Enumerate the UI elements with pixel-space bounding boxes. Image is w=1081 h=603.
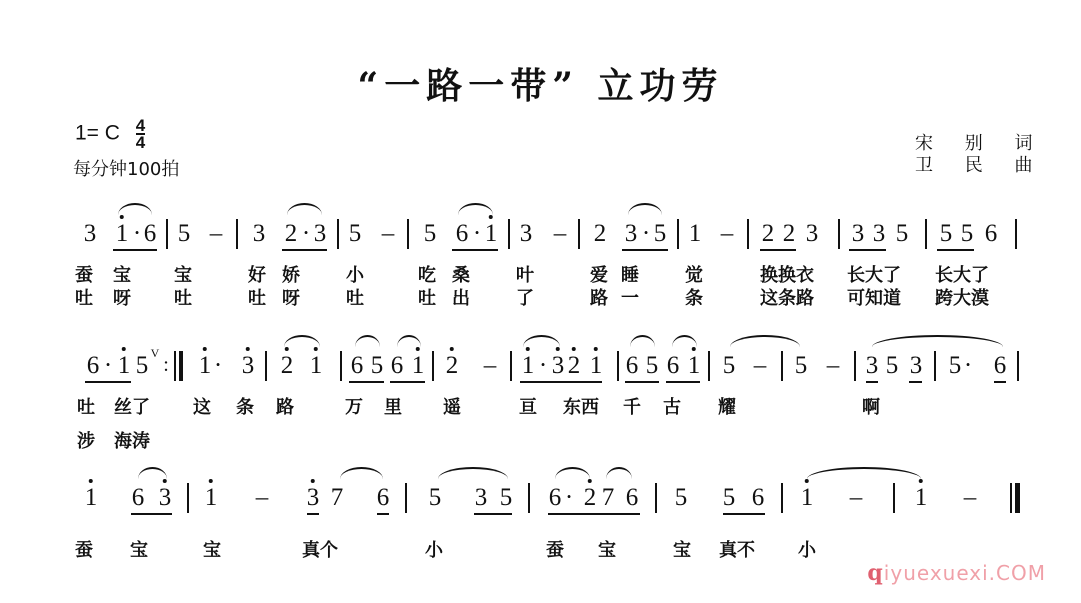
slur-arc — [458, 203, 493, 215]
lyric-verse-1: 真不 — [719, 536, 755, 562]
barline — [838, 219, 840, 249]
lyric-verse-2: 吐 — [346, 284, 364, 310]
lyric-verse-1: 宝 — [598, 536, 616, 562]
barline — [265, 351, 267, 381]
eighth-underline — [625, 381, 659, 383]
note: 1 — [688, 353, 701, 378]
note: 5 — [424, 221, 437, 246]
lyric-verse-1: 路 — [276, 393, 294, 419]
note: 6 — [752, 485, 765, 510]
note: 2 — [281, 353, 294, 378]
slur-arc — [628, 203, 662, 215]
note: 5 — [795, 353, 808, 378]
time-signature-bottom: 4 — [136, 135, 145, 150]
lyric-verse-2: 一 — [621, 284, 639, 310]
eighth-underline — [282, 249, 327, 251]
repeat-dots-icon: : — [163, 353, 169, 378]
note: 3 — [852, 221, 865, 246]
note: · — [302, 221, 310, 246]
lyric-verse-1: 小 — [798, 536, 816, 562]
breath-mark-icon: V — [151, 341, 160, 366]
note: 1 — [205, 485, 218, 510]
note: 6 — [549, 485, 562, 510]
note: 1 — [485, 221, 498, 246]
lyric-verse-1: 万 — [345, 393, 363, 419]
octave-dot-icon — [556, 347, 560, 351]
eighth-underline — [600, 513, 640, 515]
eighth-underline — [113, 249, 157, 251]
slur-arc — [606, 467, 632, 479]
note: 6 — [994, 353, 1007, 378]
note: · — [214, 353, 222, 378]
lyric-verse-1: 蚕 — [75, 536, 93, 562]
note: 5 — [646, 353, 659, 378]
note: 2 — [446, 353, 459, 378]
octave-dot-icon — [489, 215, 493, 219]
barline — [528, 483, 530, 513]
note: · — [104, 353, 112, 378]
note: · — [473, 221, 481, 246]
slur-arc — [555, 467, 590, 479]
lyric-verse-2: 海涛 — [114, 427, 150, 453]
slur-arc — [138, 467, 167, 479]
eighth-underline — [909, 381, 922, 383]
barline — [617, 351, 619, 381]
slur-arc — [730, 335, 800, 347]
lyric-verse-1: 遥 — [443, 393, 461, 419]
note: 3 — [910, 353, 923, 378]
credits: 宋 别 词 卫 民 曲 — [915, 133, 1045, 177]
eighth-underline — [849, 249, 886, 251]
note: 6 — [626, 353, 639, 378]
eighth-underline — [349, 381, 384, 383]
barline — [781, 483, 783, 513]
note: 5 — [178, 221, 191, 246]
barline — [508, 219, 510, 249]
barline — [655, 483, 657, 513]
barline — [337, 219, 339, 249]
note: 1 — [915, 485, 928, 510]
note: 2 — [285, 221, 298, 246]
octave-dot-icon — [692, 347, 696, 351]
note: – — [382, 221, 395, 246]
eighth-underline — [622, 249, 668, 251]
barline — [893, 483, 895, 513]
lyric-verse-1: 这 — [193, 393, 211, 419]
eighth-underline — [994, 381, 1006, 383]
score-title: “一路一带” 立功劳 — [0, 58, 1081, 109]
slur-arc — [672, 335, 697, 347]
note: 3 — [314, 221, 327, 246]
eighth-underline — [307, 513, 319, 515]
note: 5 — [371, 353, 384, 378]
lyric-verse-1: 宝 — [203, 536, 221, 562]
note: 2 — [568, 353, 581, 378]
note: 6 — [985, 221, 998, 246]
lyric-verse-2: 吐 — [75, 284, 93, 310]
note: 1 — [85, 485, 98, 510]
eighth-underline — [131, 513, 172, 515]
lyric-verse-2: 路 — [590, 284, 608, 310]
lyric-verse-1: 宝 — [673, 536, 691, 562]
note: 2 — [762, 221, 775, 246]
final-barline — [1010, 483, 1012, 513]
note: 6 — [87, 353, 100, 378]
watermark-text: iyuexuexi.COM — [884, 561, 1046, 585]
octave-dot-icon — [89, 479, 93, 483]
note: · — [642, 221, 650, 246]
note: 1 — [590, 353, 603, 378]
barline — [747, 219, 749, 249]
lyric-verse-1: 啊 — [862, 393, 880, 419]
key-label: 1= C — [75, 122, 120, 145]
barline — [405, 483, 407, 513]
eighth-underline — [377, 513, 389, 515]
eighth-underline — [520, 381, 602, 383]
eighth-underline — [760, 249, 796, 251]
barline — [166, 219, 168, 249]
octave-dot-icon — [285, 347, 289, 351]
note: 6 — [351, 353, 364, 378]
note: – — [754, 353, 767, 378]
lyric-verse-1: 耀 — [718, 393, 736, 419]
octave-dot-icon — [163, 479, 167, 483]
repeat-barline-thick — [179, 351, 183, 381]
octave-dot-icon — [120, 215, 124, 219]
note: 6 — [456, 221, 469, 246]
note: 6 — [667, 353, 680, 378]
note: 3 — [84, 221, 97, 246]
lyric-verse-1: 亘 — [519, 393, 537, 419]
note: 1 — [689, 221, 702, 246]
note: 5 — [429, 485, 442, 510]
note: 5 — [723, 485, 736, 510]
note: – — [484, 353, 497, 378]
note: 1 — [522, 353, 535, 378]
slur-arc — [118, 203, 152, 215]
note: 3 — [520, 221, 533, 246]
note: 5 — [723, 353, 736, 378]
lyric-verse-2: 吐 — [174, 284, 192, 310]
lyric-verse-2: 吐 — [418, 284, 436, 310]
barline — [934, 351, 936, 381]
lyric-verse-1: 丝了 — [114, 393, 150, 419]
note: 3 — [475, 485, 488, 510]
lyric-verse-1: 吐 — [77, 393, 95, 419]
note: · — [539, 353, 547, 378]
note: 5 — [886, 353, 899, 378]
barline — [854, 351, 856, 381]
note: 1 — [199, 353, 212, 378]
barline — [510, 351, 512, 381]
lyric-verse-2: 呀 — [282, 284, 300, 310]
note: 1 — [310, 353, 323, 378]
score-row-2: 6·151·32165612–1·32165615–5–3535·6吐丝了这条路… — [0, 347, 1081, 467]
eighth-underline — [85, 381, 131, 383]
slur-arc — [807, 467, 921, 479]
note: – — [554, 221, 567, 246]
note: 1 — [118, 353, 131, 378]
note: 5 — [949, 353, 962, 378]
note: 3 — [873, 221, 886, 246]
octave-dot-icon — [588, 479, 592, 483]
time-signature: 4 4 — [136, 118, 145, 150]
note: – — [256, 485, 269, 510]
lyric-verse-1: 宝 — [130, 536, 148, 562]
barline — [578, 219, 580, 249]
barline — [708, 351, 710, 381]
score-row-1: 31·65–32·35–56·13–23·51–223335556蚕宝宝好娇小吃… — [0, 215, 1081, 335]
note: – — [850, 485, 863, 510]
slur-arc — [438, 467, 508, 479]
note: 3 — [625, 221, 638, 246]
note: 6 — [377, 485, 390, 510]
lyric-verse-1: 小 — [425, 536, 443, 562]
slur-arc — [284, 335, 320, 347]
lyric-verse-1: 古 — [663, 393, 681, 419]
note: 5 — [136, 353, 149, 378]
note: 3 — [242, 353, 255, 378]
octave-dot-icon — [450, 347, 454, 351]
barline — [925, 219, 927, 249]
key-signature: 1= C 4 4 — [75, 118, 145, 150]
lyric-verse-2: 呀 — [113, 284, 131, 310]
note: 6 — [132, 485, 145, 510]
note: · — [565, 485, 573, 510]
octave-dot-icon — [203, 347, 207, 351]
note: · — [964, 353, 972, 378]
lyric-verse-2: 了 — [516, 284, 534, 310]
note: 7 — [602, 485, 615, 510]
octave-dot-icon — [246, 347, 250, 351]
note: 5 — [500, 485, 513, 510]
barline — [1017, 351, 1019, 381]
note: 5 — [961, 221, 974, 246]
barline — [677, 219, 679, 249]
eighth-underline — [723, 513, 765, 515]
eighth-underline — [474, 513, 512, 515]
note: 6 — [626, 485, 639, 510]
barline — [236, 219, 238, 249]
note: 5 — [940, 221, 953, 246]
note: 5 — [654, 221, 667, 246]
note: 7 — [331, 485, 344, 510]
composer: 卫 民 曲 — [915, 155, 1045, 177]
note: 6 — [144, 221, 157, 246]
lyric-verse-1: 里 — [384, 393, 402, 419]
lyric-verse-2: 条 — [685, 284, 703, 310]
barline — [432, 351, 434, 381]
note: 2 — [584, 485, 597, 510]
lyric-verse-1: 千 — [623, 393, 641, 419]
note: 3 — [806, 221, 819, 246]
note: 1 — [116, 221, 129, 246]
lyric-verse-2: 出 — [452, 284, 470, 310]
octave-dot-icon — [805, 479, 809, 483]
lyric-verse-2: 涉 — [77, 427, 95, 453]
barline — [407, 219, 409, 249]
eighth-underline — [937, 249, 974, 251]
note: – — [721, 221, 734, 246]
lyric-verse-2: 跨大漠 — [935, 284, 989, 310]
note: 5 — [896, 221, 909, 246]
slur-arc — [523, 335, 560, 347]
watermark: qiyuexuexi.COM — [867, 560, 1046, 586]
lyric-verse-2: 这条路 — [760, 284, 814, 310]
lyricist: 宋 别 词 — [915, 133, 1045, 155]
lyric-verse-1: 蚕 — [546, 536, 564, 562]
note: 6 — [391, 353, 404, 378]
note: 3 — [307, 485, 320, 510]
octave-dot-icon — [919, 479, 923, 483]
eighth-underline — [390, 381, 425, 383]
note: 5 — [349, 221, 362, 246]
slur-arc — [630, 335, 655, 347]
eighth-underline — [866, 381, 878, 383]
watermark-logo-icon: q — [867, 560, 883, 586]
note: 3 — [552, 353, 565, 378]
octave-dot-icon — [526, 347, 530, 351]
tempo-marking: 每分钟100拍 — [73, 155, 179, 181]
note: 3 — [866, 353, 879, 378]
lyric-verse-1: 条 — [236, 393, 254, 419]
octave-dot-icon — [594, 347, 598, 351]
octave-dot-icon — [311, 479, 315, 483]
octave-dot-icon — [572, 347, 576, 351]
note: 1 — [412, 353, 425, 378]
eighth-underline — [452, 249, 498, 251]
note: – — [210, 221, 223, 246]
barline — [1015, 219, 1017, 249]
lyric-verse-1: 真个 — [302, 536, 338, 562]
note: 2 — [783, 221, 796, 246]
lyric-verse-1: 东西 — [563, 393, 599, 419]
note: – — [827, 353, 840, 378]
barline — [340, 351, 342, 381]
octave-dot-icon — [122, 347, 126, 351]
note: 2 — [594, 221, 607, 246]
octave-dot-icon — [209, 479, 213, 483]
note: · — [133, 221, 141, 246]
note: 1 — [801, 485, 814, 510]
slur-arc — [287, 203, 322, 215]
slur-arc — [397, 335, 421, 347]
barline — [781, 351, 783, 381]
barline — [187, 483, 189, 513]
note: 5 — [675, 485, 688, 510]
repeat-barline — [174, 351, 176, 381]
note: – — [964, 485, 977, 510]
slur-arc — [355, 335, 380, 347]
lyric-verse-2: 吐 — [248, 284, 266, 310]
eighth-underline — [666, 381, 700, 383]
lyric-verse-2: 可知道 — [847, 284, 901, 310]
octave-dot-icon — [416, 347, 420, 351]
final-barline-thick — [1015, 483, 1020, 513]
octave-dot-icon — [314, 347, 318, 351]
slur-arc — [872, 335, 1003, 347]
slur-arc — [340, 467, 383, 479]
note: 3 — [159, 485, 172, 510]
note: 3 — [253, 221, 266, 246]
